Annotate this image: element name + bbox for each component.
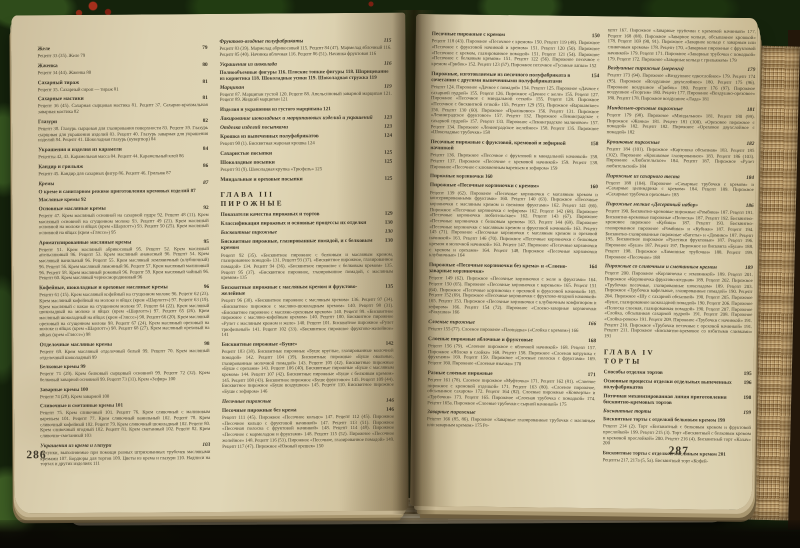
right-page: Песочные пирожные с кремом150Рецепт 118 …	[410, 14, 758, 510]
heading-text: Кремы	[38, 180, 197, 187]
toc-heading: Показатели качества пирожных и тортов129	[221, 211, 393, 218]
heading-text: Показатели качества пирожных и тортов	[221, 211, 379, 218]
heading-page-number: 82	[203, 118, 208, 124]
heading-page-number: 125	[384, 150, 392, 156]
toc-heading: Шоколадные посыпки125	[220, 159, 392, 166]
heading-page-number: 130	[385, 238, 393, 244]
heading-page-number: 199	[743, 410, 751, 416]
heading-text: Бисквитные пирожные «Буше»	[222, 341, 380, 348]
toc-entries: Рецепт 90 (1). Бисквитная жареная крошка…	[220, 141, 392, 148]
toc-entries: Рецепт 35. Сахарный сироп — тираж 81	[38, 87, 208, 94]
heading-text: Отделочные масляные кремы	[40, 341, 199, 348]
toc-heading: Песочные пирожные с кремом150	[432, 31, 600, 39]
toc-entries: Рецепт 166 (85, 86). Пирожное «Заварные …	[427, 418, 595, 431]
toc-entries: Рецепт 184 (101). Пирожное «Картошка обс…	[606, 147, 754, 172]
toc-entries: Рецепты 217, 217а (5, 5а). Бисквитный то…	[603, 458, 751, 466]
chapter-heading: ГЛАВА IVТОРТЫ	[604, 348, 752, 368]
heading-page-number: 142	[386, 341, 394, 347]
toc-subheading: Полнообъемные фигуры 116. Плоские тонкие…	[220, 68, 392, 81]
heading-page-number: 182	[746, 141, 754, 147]
toc-entries: Рецепт 33 (35). Желе 79	[38, 53, 208, 60]
toc-heading: Классификация пирожных и основные процес…	[221, 220, 393, 227]
toc-heading: Крошка из выпеченных полуфабрикатов124	[220, 133, 392, 140]
toc-section-heading: Украшения из шоколада116	[220, 60, 392, 67]
heading-text: Бисквитные пирожные с масляным кремом и …	[221, 284, 379, 297]
heading-text: Слоеные пирожные яблочные и фруктовые	[428, 336, 582, 344]
toc-entries: Рецепт 111 (45). Пирожное «Песочное коль…	[222, 415, 394, 450]
heading-text: Сахарный тираж	[38, 79, 197, 86]
heading-text: Кандир и грильяж	[38, 163, 197, 170]
heading-text: Ароматизированные масляные кремы	[39, 239, 198, 246]
toc-heading: Сахаристые посыпки125	[220, 150, 392, 157]
heading-page-number: 146	[386, 407, 394, 413]
toc-entries: Рецепт 51. Крем масляный абрикосовый 95.…	[39, 247, 209, 282]
left-page: Желе79Рецепт 33 (35). Желе 79Жженка80Рец…	[11, 13, 408, 514]
toc-heading: Сахарные мастики81	[38, 95, 208, 102]
toc-entries: Рецепт 36 (45). Сахарная сырцовая мастик…	[38, 103, 208, 116]
toc-entries: Рецепт 188 (104). Пирожное «Сахарные тру…	[606, 181, 754, 200]
heading-page-number: 130	[385, 229, 393, 235]
heading-page-number: 98	[204, 341, 209, 347]
toc-entries: Рецепт 200. Пирожное «Корзиночка с земля…	[604, 272, 753, 342]
heading-text: Слоеные пирожные	[428, 319, 582, 327]
heading-page-number: 115	[384, 38, 392, 44]
toc-entries: Рецепт 45. Кандир для сахарных фигур 86.…	[38, 171, 208, 178]
heading-page-number: 125	[384, 176, 392, 182]
heading-page-number: 79	[202, 45, 207, 51]
toc-entries: Рецепт 149 (62). Пирожное «Песочные корз…	[428, 276, 596, 318]
toc-subheading: Масляные кремы 92	[39, 196, 209, 203]
toc-subheading: О креме и санитарном режиме приготовлени…	[38, 188, 208, 195]
toc-section-heading: Отделка изделий посыпками123	[220, 124, 392, 131]
toc-entries: Рецепт 34 (44). Жженка 80	[38, 70, 208, 77]
toc-column-right-2: цепт 167. Пирожное «Заварные трубочки с …	[602, 28, 755, 478]
heading-page-number: 125	[384, 159, 392, 165]
toc-entries: Рецепт 161 (78). Слоеное пирожное «Муфто…	[427, 378, 595, 409]
toc-heading: Слоеные пирожные яблочные и фруктовые168	[428, 336, 596, 344]
toc-heading: Бисквитные пирожные с масляным кремом и …	[221, 284, 393, 297]
heading-page-number: 129	[385, 211, 393, 217]
toc-entries: Рецепт 124. Пирожное «Дачное с помадой» …	[431, 85, 600, 138]
heading-page-number: 160	[590, 184, 598, 190]
toc-heading: Пирожные «Песочные корзиночки без крема»…	[429, 262, 597, 276]
heading-text: Лакирование шоколадных и марципановых из…	[220, 115, 378, 122]
toc-heading: Желе79	[37, 45, 207, 52]
toc-heading: Пирожные «Песочные корзиночки с кремом»1…	[430, 183, 598, 191]
toc-entries: Рецепт 155 (77). Слоеное пирожное «Площа…	[428, 327, 596, 335]
heading-text: Марципан	[220, 83, 378, 90]
heading-page-number: 166	[588, 321, 596, 327]
toc-subheading: Изделия и украшения из густого марципана…	[220, 106, 392, 113]
heading-text: Песочные пирожные без крема	[222, 407, 380, 414]
toc-heading: Отделочные масляные кремы98	[40, 341, 210, 348]
heading-page-number: 171	[588, 372, 596, 378]
heading-page-number: 184	[746, 175, 754, 181]
heading-page-number: 84	[203, 146, 208, 152]
heading-text: Сахаристые посыпки	[220, 150, 378, 157]
heading-page-number: 196	[744, 380, 752, 386]
heading-text: Глазури	[38, 118, 197, 125]
toc-section-heading: Крошковые пирожные182	[606, 139, 754, 147]
toc-entries: Рецепт 96 (30). «Бисквитное пирожное с м…	[221, 298, 393, 339]
toc-entries: Рецепт 179 (98). Пирожное «Миндальное» 1…	[607, 113, 755, 138]
heading-text: Украшения и изделия из карамели	[38, 146, 197, 153]
toc-section-heading: Пирожные со сливочным и сметанным кремом…	[605, 264, 753, 272]
heading-text: Основные процессы отделки отдельных выпе…	[603, 378, 737, 392]
heading-page-number: 189	[745, 265, 753, 271]
toc-subheading: Сливочные и сметанные кремы 101	[40, 402, 210, 409]
chapter-heading: ГЛАВА IIIПИРОЖНЫЕ	[220, 190, 392, 209]
heading-text: Пирожные «Песочные корзиночки без крема»…	[429, 262, 583, 276]
toc-section-heading: Слоеные пирожные166	[428, 319, 596, 327]
toc-section-heading: Бисквитные пирожные130	[221, 229, 393, 236]
toc-entries: цепт 167. Пирожное «Заварные трубочки с …	[607, 28, 755, 64]
heading-text: Фруктово-ягодные полуфабрикаты	[219, 38, 377, 45]
heading-page-number: 80	[202, 62, 207, 68]
heading-text: Крошка из выпеченных полуфабрикатов	[220, 133, 378, 140]
toc-section-heading: Пирожные из сахарного теста184	[606, 173, 754, 181]
heading-text: Воздушные пирожные (меренги)	[607, 65, 741, 73]
heading-text: Разные слоеные пирожные	[428, 370, 582, 378]
heading-text: Отделка изделий посыпками	[220, 124, 378, 131]
toc-heading: Кофейные, шоколадные и ореховые масляные…	[39, 284, 209, 291]
toc-section-heading: Песочные пирожные146	[222, 398, 394, 405]
toc-section-heading: Кремы87	[38, 180, 208, 187]
heading-page-number: 119	[384, 83, 392, 89]
heading-page-number: 124	[384, 133, 392, 139]
heading-text: Бисквитные пирожные, глазированные помад…	[221, 238, 379, 251]
toc-entries: Рецепт 47. Крем масляный основной на сах…	[39, 213, 209, 237]
toc-entries: Рецепт 190. Бисквитно-кремовые пирожные …	[605, 209, 754, 262]
heading-page-number: 179	[747, 67, 755, 73]
heading-text: Пирожные, изготовляемые из песочного пол…	[431, 71, 585, 85]
page-number-left: 286	[26, 449, 46, 461]
toc-entries: Рецепт 74 (28). Крем заварной 100	[40, 394, 210, 401]
toc-entries: Рецепт 38. Глазурь сырцовая для глазиров…	[38, 126, 208, 144]
heading-text: Бисквитные торты	[603, 409, 737, 417]
heading-text: Пирожные из сахарного теста	[606, 173, 740, 181]
heading-text: Основные масляные кремы	[39, 205, 198, 212]
chapter-title: ТОРТЫ	[604, 357, 752, 368]
toc-heading: Песочные пирожные без крема146	[222, 407, 394, 414]
toc-heading: Жженка80	[38, 62, 208, 69]
toc-heading: Украшения и изделия из карамели84	[38, 146, 208, 153]
toc-heading: Песочные пирожные с фруктовой, кремовой …	[430, 139, 598, 153]
heading-page-number: 103	[202, 442, 210, 448]
heading-page-number: 135	[385, 284, 393, 290]
toc-heading: Сахарный тираж81	[38, 79, 208, 86]
heading-text: Украшения из шоколада	[220, 60, 378, 67]
heading-page-number: 164	[589, 264, 597, 270]
toc-section-heading: Фруктово-ягодные полуфабрикаты115	[219, 38, 391, 45]
toc-subheading: Пирожные корзиночки 160	[430, 174, 598, 182]
heading-page-number: 168	[588, 338, 596, 344]
heading-page-number: 87	[203, 180, 208, 186]
heading-text: Пирожные «Песочные корзиночки с кремом»	[430, 183, 584, 191]
toc-column-left-2: Фруктово-ягодные полуфабрикаты115Рецепт …	[219, 35, 394, 472]
toc-section-heading: Воздушные пирожные (меренги)179	[607, 65, 755, 73]
toc-heading: Поточная механизированная линия приготов…	[603, 393, 751, 407]
toc-entries: Рецепт 118 (43). Пирожное «Песочное с кр…	[431, 39, 599, 70]
toc-entries: Рецепт 75. Крем сливочный 101. Рецепт 76…	[40, 410, 210, 440]
toc-entries: Рецепт 87. Марципан густой 120. Рецепт 8…	[220, 91, 392, 104]
toc-column-left-1: Желе79Рецепт 33 (35). Желе 79Жженка80Рец…	[37, 42, 210, 471]
toc-entries: Рецепт 83 (39). Мармелад абрикосовый 115…	[219, 46, 391, 59]
toc-entries: Рецепт 173 (94). Пирожное «Воздушное одн…	[607, 74, 755, 104]
heading-page-number: 116	[384, 60, 392, 66]
toc-heading: Кандир и грильяж86	[38, 163, 208, 170]
heading-text: Классификация пирожных и основные процес…	[221, 220, 379, 227]
heading-page-number: 92	[203, 205, 208, 211]
toc-heading: Основные масляные кремы92	[39, 205, 209, 212]
heading-text: Пирожные со сливочным и сметанным кремом	[605, 264, 739, 272]
toc-entries: Рецепт 156 (79). «Слоеное пирожное с ябл…	[428, 344, 596, 369]
heading-text: Заварные пирожные	[427, 409, 589, 417]
bottom-shadow	[0, 520, 800, 548]
heading-text: Жженка	[38, 62, 197, 69]
heading-text: Миндально-ореховые пирожные	[607, 105, 741, 113]
heading-page-number: 81	[202, 79, 207, 85]
page-number-right: 287	[669, 445, 689, 457]
toc-column-right-1: Песочные пирожные с кремом150Рецепт 118 …	[426, 28, 599, 474]
heading-page-number: 86	[203, 163, 208, 169]
chapter-title: ПИРОЖНЫЕ	[221, 199, 393, 209]
heading-page-number: 150	[592, 33, 600, 39]
heading-text: Миндальные и ореховые посыпки	[220, 176, 378, 183]
toc-heading: Бисквитные пирожные «Буше»142	[222, 341, 394, 348]
toc-heading: Пирожные, изготовляемые из песочного пол…	[431, 71, 599, 85]
toc-heading: Миндальные и ореховые посыпки125	[220, 176, 392, 183]
toc-entries: Рецепт 103 (38). Бисквитные пирожные «Бу…	[222, 349, 394, 396]
heading-text: Сахарные мастики	[38, 95, 197, 102]
book-photo-scene: Желе79Рецепт 33 (35). Желе 79Жженка80Рец…	[0, 0, 800, 548]
toc-section-heading: Бисквитные торты199	[603, 409, 751, 417]
heading-text: Пирожные мелкие «Десертный набор»	[606, 201, 740, 209]
heading-text: Песочные пирожные с кремом	[432, 31, 586, 39]
toc-heading: Бисквитные пирожные, глазированные помад…	[221, 238, 393, 251]
heading-page-number: 186	[746, 203, 754, 209]
toc-section-heading: Украшения из крема и глазури103	[40, 442, 210, 449]
toc-entries: Рецепт 61 (15). Крем масляный кофейный н…	[39, 292, 209, 339]
toc-subheading: Бисквитные торты с отделкой белковым кре…	[603, 417, 751, 425]
toc-section-heading: Лакирование шоколадных и марципановых из…	[220, 115, 392, 122]
toc-entries: Рецепт 136. Пирожное «Песочное с фруктов…	[430, 153, 598, 172]
heading-page-number: 158	[590, 141, 598, 147]
heading-text: Желе	[37, 45, 196, 52]
toc-entries: Рисунки, выполняемые при помощи разных ш…	[40, 450, 210, 468]
heading-text: Песочные пирожные	[222, 398, 380, 405]
heading-page-number: 123	[384, 124, 392, 130]
toc-heading: Способы отделки тортов195	[604, 369, 752, 377]
toc-heading: Ароматизированные масляные кремы95	[39, 239, 209, 246]
heading-text: Поточная механизированная линия приготов…	[603, 393, 737, 407]
heading-text: Бисквитные пирожные	[221, 229, 379, 236]
toc-heading: Разные слоеные пирожные171	[428, 370, 596, 378]
toc-section-heading: Заварные пирожные	[427, 409, 595, 417]
heading-text: Способы отделки тортов	[604, 369, 738, 377]
heading-page-number: 195	[744, 371, 752, 377]
heading-text: Крошковые пирожные	[606, 139, 740, 147]
heading-page-number: 95	[204, 239, 209, 245]
heading-text: Песочные пирожные с фруктовой, кремовой …	[430, 139, 584, 153]
heading-page-number: 198	[743, 395, 751, 401]
heading-page-number: 123	[384, 115, 392, 121]
heading-text: Украшения из крема и глазури	[40, 442, 196, 449]
heading-page-number: 181	[747, 107, 755, 113]
heading-page-number: 130	[385, 220, 393, 226]
toc-section-heading: Пирожные мелкие «Десертный набор»186	[606, 201, 754, 209]
heading-page-number: 146	[386, 398, 394, 404]
toc-section-heading: Марципан119	[220, 83, 392, 90]
toc-subheading: Заварные кремы 100	[40, 386, 210, 393]
toc-subheading: Белковые кремы 99	[40, 363, 210, 370]
toc-entries: Рецепт 139 (62). Пирожное «Песочные корз…	[429, 191, 598, 261]
heading-page-number: 154	[591, 73, 599, 79]
toc-section-heading: Миндально-ореховые пирожные181	[607, 105, 755, 113]
heading-text: Кофейные, шоколадные и ореховые масляные…	[39, 284, 198, 291]
heading-page-number: 96	[204, 284, 209, 290]
toc-entries: Рецепт 71 (29). Крем белковый сырцовый о…	[40, 371, 210, 384]
toc-entries: Рецепты 42, 43. Карамельная масса 84. Ре…	[38, 154, 208, 161]
toc-entries: Рецепт 92 (35). «Бисквитное пирожное с б…	[221, 252, 393, 282]
toc-entries: Рецепт 91 (9). Шоколадная крупка «Трюфел…	[220, 167, 392, 174]
toc-entries: Рецепт 69. Крем масляный отделочный белы…	[40, 349, 210, 362]
toc-heading: Основные процессы отделки отдельных выпе…	[603, 378, 751, 392]
toc-heading: Глазури82	[38, 118, 208, 125]
heading-text: Шоколадные посыпки	[220, 159, 378, 166]
heading-page-number: 81	[203, 95, 208, 101]
